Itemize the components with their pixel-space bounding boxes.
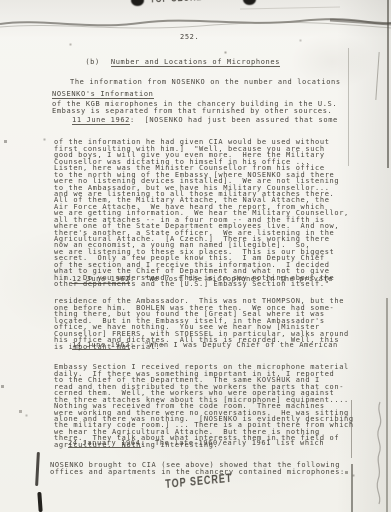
entry-lines: NOSENKO brought to CIA (see above) showe… — [50, 462, 345, 475]
entry-first-line: : [NOSENKO had just been assured that so… — [130, 116, 338, 124]
entry-date: 14 June 1962 — [72, 341, 130, 350]
scan-artifact-line — [351, 464, 353, 512]
entry-date: 12 June 1962 — [72, 275, 130, 284]
nosenko-information-heading: NOSENKO's Information — [52, 90, 154, 98]
ink-streak — [35, 452, 40, 486]
pencil-mark — [375, 52, 379, 100]
entry-date: 11 June 1962 — [72, 116, 130, 125]
text-line: 12 June 1962: "We lost the microphones i… — [54, 276, 349, 282]
handwriting-mark — [368, 398, 390, 510]
entry-first-line: : "We lost the microphones in the privat… — [130, 275, 333, 283]
entry-date: 24 January 1964 — [68, 439, 141, 448]
entry-first-line: : "When I was Deputy Chief of the Americ… — [130, 341, 338, 349]
document-page: TOP SECRET 252. (b)Number and Locations … — [0, 0, 391, 512]
text-line: 14 June 1962: "When I was Deputy Chief o… — [54, 342, 354, 348]
scan-speck — [0, 0, 1, 1]
scan-artifact-line — [348, 48, 349, 166]
page-edge-line — [387, 0, 389, 168]
scan-artifact-line — [351, 400, 352, 458]
page-number: 252. — [180, 33, 199, 41]
text-line: The information from NOSENKO on the numb… — [52, 79, 341, 85]
entry-first-line: : The late 1960/early 1961 list which — [141, 439, 325, 447]
text-line: 24 January 1964: The late 1960/early 196… — [50, 440, 345, 446]
nosenko-information-label: NOSENKO's Information — [52, 90, 154, 99]
ink-streak — [37, 492, 42, 512]
text-line: 11 June 1962: [NOSENKO had just been ass… — [54, 117, 349, 123]
